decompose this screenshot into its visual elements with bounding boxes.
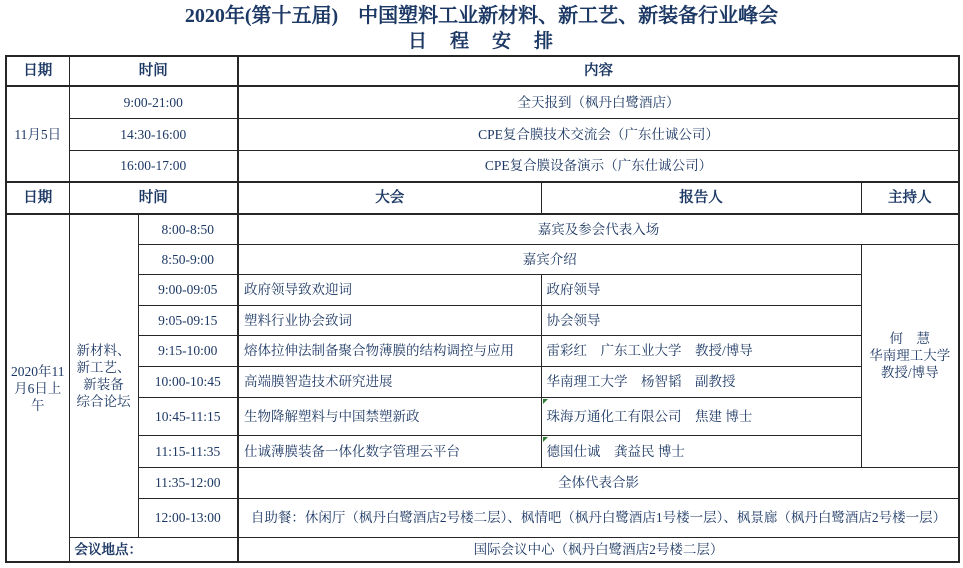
schedule-table: 日期 时间 内容 11月5日 9:00-21:00 全天报到（枫丹白鹭酒店） 1…: [5, 55, 960, 563]
forum-cell: 新材料、 新工艺、 新装备 综合论坛: [69, 214, 138, 537]
speaker-cell: 珠海万通化工有限公司 焦建 博士: [541, 397, 861, 435]
session-topic-cell: 塑料行业协会致词: [238, 305, 541, 335]
time-cell: 10:45-11:15: [138, 397, 238, 435]
time-cell: 10:00-10:45: [138, 366, 238, 397]
session-topic-cell: 仕诚薄膜装备一体化数字管理云平台: [238, 435, 541, 467]
speaker-cell: 政府领导: [541, 274, 861, 305]
page-title: 2020年(第十五届) 中国塑料工业新材料、新工艺、新装备行业峰会 日 程 安 …: [0, 3, 963, 54]
schedule-subtitle: 日 程 安 排: [0, 29, 963, 54]
speaker-cell: 德国仕诚 龚益民 博士: [541, 435, 861, 467]
comment-marker-icon: [543, 399, 548, 404]
speaker-text: 德国仕诚 龚益民 博士: [547, 444, 685, 459]
session-topic-cell: 生物降解塑料与中国禁塑新政: [238, 397, 541, 435]
date-cell-nov6: 2020年11 月6日上 午: [6, 214, 69, 562]
session-topic-cell: 熔体拉伸法制备聚合物薄膜的结构调控与应用: [238, 335, 541, 366]
venue-value-cell: 国际会议中心（枫丹白鹭酒店2号楼二层）: [238, 537, 959, 562]
session-topic-cell: 嘉宾及参会代表入场: [238, 214, 959, 244]
time-cell: 12:00-13:00: [138, 498, 238, 537]
time-cell: 8:00-8:50: [138, 214, 238, 244]
header-host: 主持人: [861, 182, 959, 214]
header-date: 日期: [6, 56, 69, 86]
header-time: 时间: [69, 182, 238, 214]
time-cell: 11:15-11:35: [138, 435, 238, 467]
comment-marker-icon: [543, 437, 548, 442]
session-topic-cell: 高端膜智造技术研究进展: [238, 366, 541, 397]
venue-label-cell: 会议地点：: [69, 537, 238, 562]
time-cell: 9:00-21:00: [69, 86, 238, 118]
speaker-cell: 协会领导: [541, 305, 861, 335]
session-topic-cell: 政府领导致欢迎词: [238, 274, 541, 305]
time-cell: 9:00-09:05: [138, 274, 238, 305]
header-content: 内容: [238, 56, 959, 86]
header-time: 时间: [69, 56, 238, 86]
header-date: 日期: [6, 182, 69, 214]
host-cell: 何 慧 华南理工大学 教授/博导: [861, 244, 959, 467]
content-cell: CPE复合膜技术交流会（广东仕诚公司）: [238, 118, 959, 150]
header-speaker: 报告人: [541, 182, 861, 214]
content-cell: 全天报到（枫丹白鹭酒店）: [238, 86, 959, 118]
summit-title: 2020年(第十五届) 中国塑料工业新材料、新工艺、新装备行业峰会: [0, 3, 963, 29]
header-session: 大会: [238, 182, 541, 214]
content-cell: CPE复合膜设备演示（广东仕诚公司）: [238, 150, 959, 182]
time-cell: 9:05-09:15: [138, 305, 238, 335]
session-topic-cell: 嘉宾介绍: [238, 244, 861, 274]
photo-cell: 全体代表合影: [238, 467, 959, 498]
speaker-text: 珠海万通化工有限公司 焦建 博士: [547, 409, 753, 424]
lunch-cell: 自助餐：休闲厅（枫丹白鹭酒店2号楼二层）、枫情吧（枫丹白鹭酒店1号楼一层）、枫景…: [238, 498, 959, 537]
time-cell: 16:00-17:00: [69, 150, 238, 182]
time-cell: 11:35-12:00: [138, 467, 238, 498]
date-cell-nov5: 11月5日: [6, 86, 69, 182]
speaker-cell: 华南理工大学 杨智韬 副教授: [541, 366, 861, 397]
speaker-cell: 雷彩红 广东工业大学 教授/博导: [541, 335, 861, 366]
time-cell: 14:30-16:00: [69, 118, 238, 150]
time-cell: 9:15-10:00: [138, 335, 238, 366]
time-cell: 8:50-9:00: [138, 244, 238, 274]
